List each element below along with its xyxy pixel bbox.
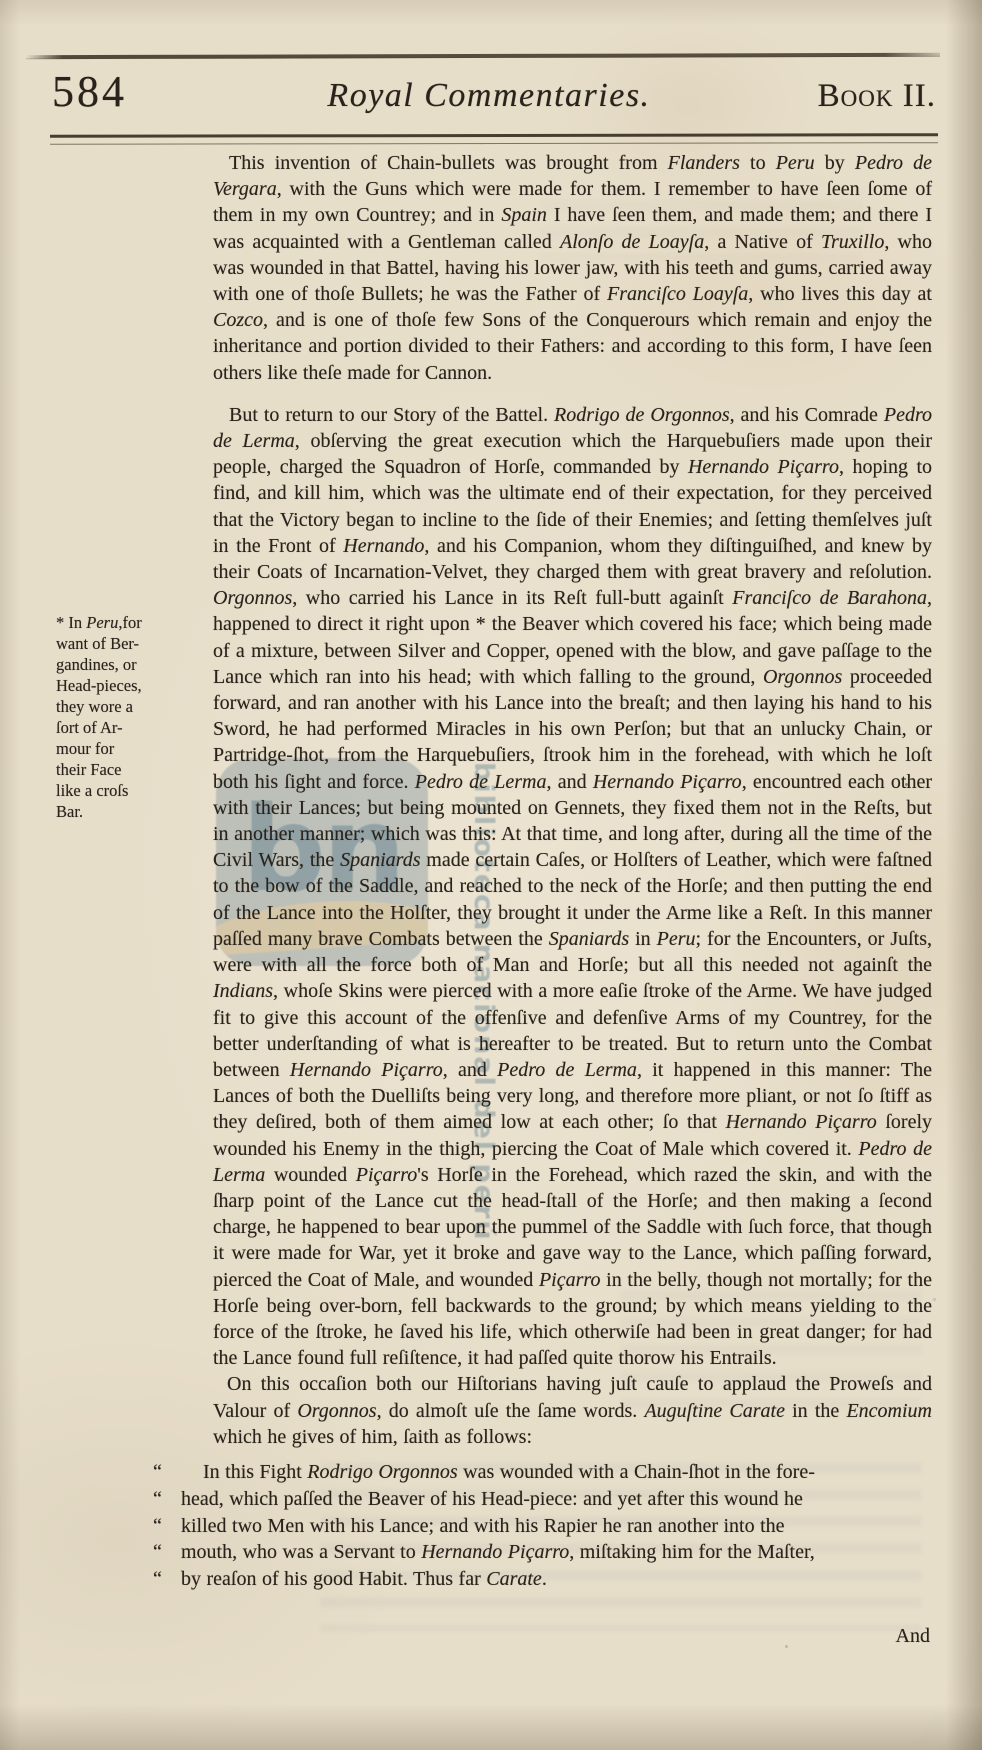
book-label: Book II.	[776, 78, 936, 115]
margin-note-line: they wore a	[56, 696, 208, 717]
quote-line: “ head, which paſſed the Beaver of his H…	[151, 1486, 932, 1513]
margin-note-line: Bar.	[56, 801, 208, 822]
quote-mark: “	[153, 1566, 162, 1593]
margin-note-line: like a croſs	[56, 780, 208, 801]
top-rule	[26, 53, 940, 59]
margin-note-line: want of Ber-	[56, 633, 208, 654]
margin-note-line: mour for	[56, 738, 208, 759]
header-rule	[50, 133, 938, 145]
paragraph-battle-story: But to return to our Story of the Battel…	[213, 402, 932, 1372]
quote-mark: “	[153, 1486, 162, 1513]
margin-note-line: * In Peru,for	[56, 612, 208, 633]
running-title: Royal Commentaries.	[202, 77, 776, 115]
quote-line: “ killed two Men with his Lance; and wit…	[151, 1513, 932, 1540]
foxing-specks	[905, 783, 908, 786]
paragraph-chain-bullets: This invention of Chain-bullets was brou…	[213, 150, 932, 386]
quote-mark: “	[153, 1459, 162, 1486]
margin-note: * In Peru,for want of Ber- gandines, or …	[56, 612, 208, 822]
margin-note-line: their Face	[56, 759, 208, 780]
block-quote: “ In this Fight Rodrigo Orgonnos was wou…	[151, 1459, 932, 1593]
page-number: 584	[52, 66, 202, 117]
page-header: 584 Royal Commentaries. Book II.	[52, 66, 936, 117]
margin-note-line: ſort of Ar-	[56, 717, 208, 738]
quote-line: “ mouth, who was a Servant to Hernando P…	[151, 1539, 932, 1566]
margin-note-line: Head-pieces,	[56, 675, 208, 696]
margin-note-line: gandines, or	[56, 654, 208, 675]
quote-mark: “	[153, 1539, 162, 1566]
quote-mark: “	[153, 1513, 162, 1540]
text-block: This invention of Chain-bullets was brou…	[213, 150, 932, 1649]
catchword: And	[213, 1623, 932, 1649]
quote-line: “ In this Fight Rodrigo Orgonnos was wou…	[151, 1459, 932, 1486]
quote-line: “ by reaſon of his good Habit. Thus far …	[151, 1566, 932, 1593]
paragraph-historians: On this occaſion both our Hiſtorians hav…	[213, 1371, 932, 1450]
book-page-scan: 584 Royal Commentaries. Book II. bn bibl…	[0, 0, 982, 1750]
